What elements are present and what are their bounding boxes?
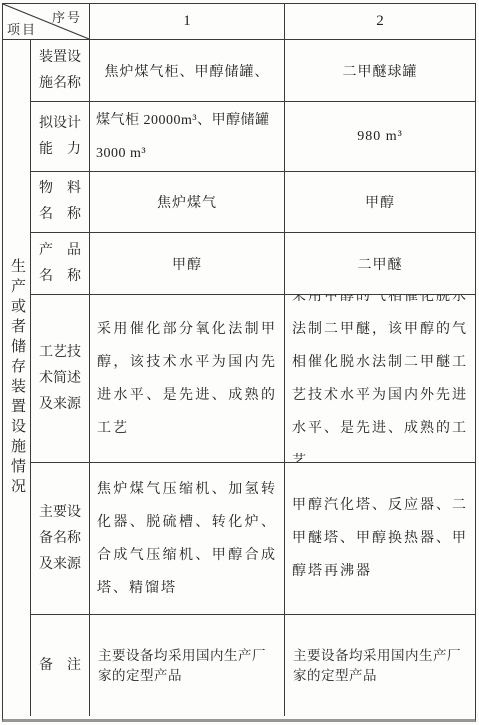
- cell-main-equipment-col1-text: 焦炉煤气压缩机、加氢转化器、脱硫槽、转化炉、合成气压缩机、甲醇合成塔、精馏塔: [90, 473, 284, 605]
- cell-material-name-col2-text: 甲醇: [285, 192, 475, 212]
- cell-product-name-col1-text: 甲醇: [90, 254, 284, 274]
- row-header-facility-name: 装置设 施名称: [31, 40, 90, 102]
- cell-product-name-col2-text: 二甲醚: [285, 254, 475, 274]
- cell-remarks-col1: 主要设备均采用国内生产厂家的定型产品: [90, 615, 285, 716]
- row-header-main-equipment: 主要设 备名称 及来源: [31, 463, 90, 615]
- cell-main-equipment-col1: 焦炉煤气压缩机、加氢转化器、脱硫槽、转化炉、合成气压缩机、甲醇合成塔、精馏塔: [90, 463, 285, 615]
- document-page: 序号 项目 1 2 生产或者储存装置设施情况 装置设 施名称 焦炉煤气柜、甲醇储…: [0, 0, 479, 725]
- facility-table: 序号 项目 1 2 生产或者储存装置设施情况 装置设 施名称 焦炉煤气柜、甲醇储…: [2, 3, 476, 722]
- column-header-1: 1: [90, 4, 285, 40]
- cell-product-name-col1: 甲醇: [90, 233, 285, 295]
- cell-remarks-col2-text: 主要设备均采用国内生产厂家的定型产品: [285, 646, 475, 686]
- row-header-material-name: 物 料 名 称: [31, 172, 90, 233]
- cell-facility-name-col2: 二甲醚球罐: [285, 40, 475, 102]
- cell-remarks-col1-text: 主要设备均采用国内生产厂家的定型产品: [90, 646, 284, 686]
- cell-process-description-col1: 采用催化部分氧化法制甲醇，该技术水平为国内先进水平、是先进、成熟的工艺: [90, 295, 285, 463]
- corner-label-item: 项目: [7, 19, 37, 38]
- row-header-remarks: 备 注: [31, 615, 90, 716]
- cell-design-capacity-col1: 煤气柜 20000m³、甲醇储罐 3000 m³: [90, 102, 285, 172]
- column-header-2: 2: [285, 4, 475, 40]
- cell-design-capacity-col1-text: 煤气柜 20000m³、甲醇储罐 3000 m³: [90, 104, 284, 170]
- corner-label-serial-number: 序号: [52, 7, 82, 26]
- cell-process-description-col2: 采用甲醇的气相催化脱水法制二甲醚，该甲醇的气相催化脱水法制二甲醚工艺技术水平为国…: [285, 295, 475, 463]
- row-header-design-capacity: 拟设计 能 力: [31, 102, 90, 172]
- cell-material-name-col1: 焦炉煤气: [90, 172, 285, 233]
- cell-process-description-col2-text: 采用甲醇的气相催化脱水法制二甲醚，该甲醇的气相催化脱水法制二甲醚工艺技术水平为国…: [285, 295, 475, 463]
- row-header-product-name: 产 品 名 称: [31, 233, 90, 295]
- column-header-1-label: 1: [90, 13, 284, 30]
- cell-material-name-col2: 甲醇: [285, 172, 475, 233]
- cell-main-equipment-col2-text: 甲醇汽化塔、反应器、二甲醚塔、甲醇换热器、甲醇塔再沸器: [285, 489, 475, 588]
- row-header-process-description: 工艺技 术简述 及来源: [31, 295, 90, 463]
- corner-header-cell: 序号 项目: [3, 4, 90, 40]
- cell-product-name-col2: 二甲醚: [285, 233, 475, 295]
- cell-remarks-col2: 主要设备均采用国内生产厂家的定型产品: [285, 615, 475, 716]
- cell-facility-name-col1: 焦炉煤气柜、甲醇储罐、: [90, 40, 285, 102]
- cell-facility-name-col2-text: 二甲醚球罐: [285, 61, 475, 81]
- cell-facility-name-col1-text: 焦炉煤气柜、甲醇储罐、: [90, 61, 284, 81]
- cell-design-capacity-col2-text: 980 m³: [285, 129, 475, 145]
- cell-main-equipment-col2: 甲醇汽化塔、反应器、二甲醚塔、甲醇换热器、甲醇塔再沸器: [285, 463, 475, 615]
- cell-material-name-col1-text: 焦炉煤气: [90, 192, 284, 212]
- side-header-production-storage-facilities: 生产或者储存装置设施情况: [3, 40, 31, 716]
- column-header-2-label: 2: [285, 13, 475, 30]
- cell-design-capacity-col2: 980 m³: [285, 102, 475, 172]
- cell-process-description-col1-text: 采用催化部分氧化法制甲醇，该技术水平为国内先进水平、是先进、成熟的工艺: [90, 313, 284, 445]
